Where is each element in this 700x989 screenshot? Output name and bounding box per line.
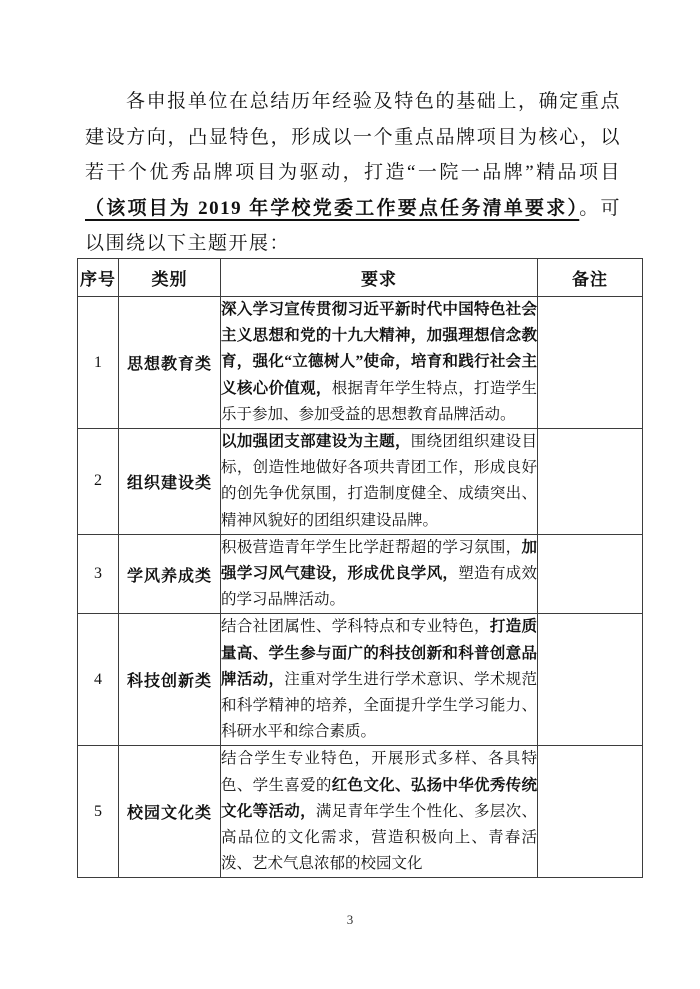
note-cell — [538, 746, 643, 878]
table-row: 5校园文化类结合学生专业特色，开展形式多样、各具特色、学生喜爱的红色文化、弘扬中… — [78, 746, 643, 878]
table-row: 3学风养成类积极营造青年学生比学赶帮超的学习氛围，加强学习风气建设，形成优良学风… — [78, 534, 643, 614]
requirement-cell: 积极营造青年学生比学赶帮超的学习氛围，加强学习风气建设，形成优良学风，塑造有成效… — [221, 534, 538, 614]
text-run: 结合社团属性、学科特点和专业特色， — [221, 618, 490, 635]
intro-paragraph: 各申报单位在总结历年经验及特色的基础上，确定重点建设方向，凸显特色，形成以一个重… — [85, 84, 621, 262]
category-cell: 学风养成类 — [119, 534, 221, 614]
row-number-cell: 5 — [78, 746, 119, 878]
page-number: 3 — [0, 912, 700, 928]
row-number-cell: 1 — [78, 297, 119, 429]
category-cell: 校园文化类 — [119, 746, 221, 878]
category-cell: 思想教育类 — [119, 297, 221, 429]
requirement-cell: 以加强团支部建设为主题，围绕团组织建设目标，创造性地做好各项共青团工作，形成良好… — [221, 429, 538, 535]
table-row: 1思想教育类深入学习宣传贯彻习近平新时代中国特色社会主义思想和党的十九大精神，加… — [78, 297, 643, 429]
column-header: 类别 — [119, 259, 221, 297]
category-cell: 科技创新类 — [119, 614, 221, 746]
note-cell — [538, 429, 643, 535]
table-header-row: 序号类别要求备注 — [78, 259, 643, 297]
requirement-cell: 深入学习宣传贯彻习近平新时代中国特色社会主义思想和党的十九大精神，加强理想信念教… — [221, 297, 538, 429]
requirement-cell: 结合学生专业特色，开展形式多样、各具特色、学生喜爱的红色文化、弘扬中华优秀传统文… — [221, 746, 538, 878]
column-header: 要求 — [221, 259, 538, 297]
text-run: 积极营造青年学生比学赶帮超的学习氛围， — [221, 539, 521, 556]
table-row: 4科技创新类结合社团属性、学科特点和专业特色，打造质量高、学生参与面广的科技创新… — [78, 614, 643, 746]
text-run: （该项目为 2019 年学校党委工作要点任务清单要求） — [85, 198, 579, 219]
column-header: 序号 — [78, 259, 119, 297]
topics-table: 序号类别要求备注 1思想教育类深入学习宣传贯彻习近平新时代中国特色社会主义思想和… — [77, 258, 643, 878]
note-cell — [538, 297, 643, 429]
requirement-cell: 结合社团属性、学科特点和专业特色，打造质量高、学生参与面广的科技创新和科普创意品… — [221, 614, 538, 746]
text-run: 各申报单位在总结历年经验及特色的基础上，确定重点建设方向，凸显特色，形成以一个重… — [85, 91, 621, 183]
document-page: 各申报单位在总结历年经验及特色的基础上，确定重点建设方向，凸显特色，形成以一个重… — [0, 0, 700, 989]
table-row: 2组织建设类以加强团支部建设为主题，围绕团组织建设目标，创造性地做好各项共青团工… — [78, 429, 643, 535]
row-number-cell: 3 — [78, 534, 119, 614]
note-cell — [538, 534, 643, 614]
text-run: 以加强团支部建设为主题， — [221, 433, 411, 450]
row-number-cell: 2 — [78, 429, 119, 535]
category-cell: 组织建设类 — [119, 429, 221, 535]
column-header: 备注 — [538, 259, 643, 297]
row-number-cell: 4 — [78, 614, 119, 746]
note-cell — [538, 614, 643, 746]
